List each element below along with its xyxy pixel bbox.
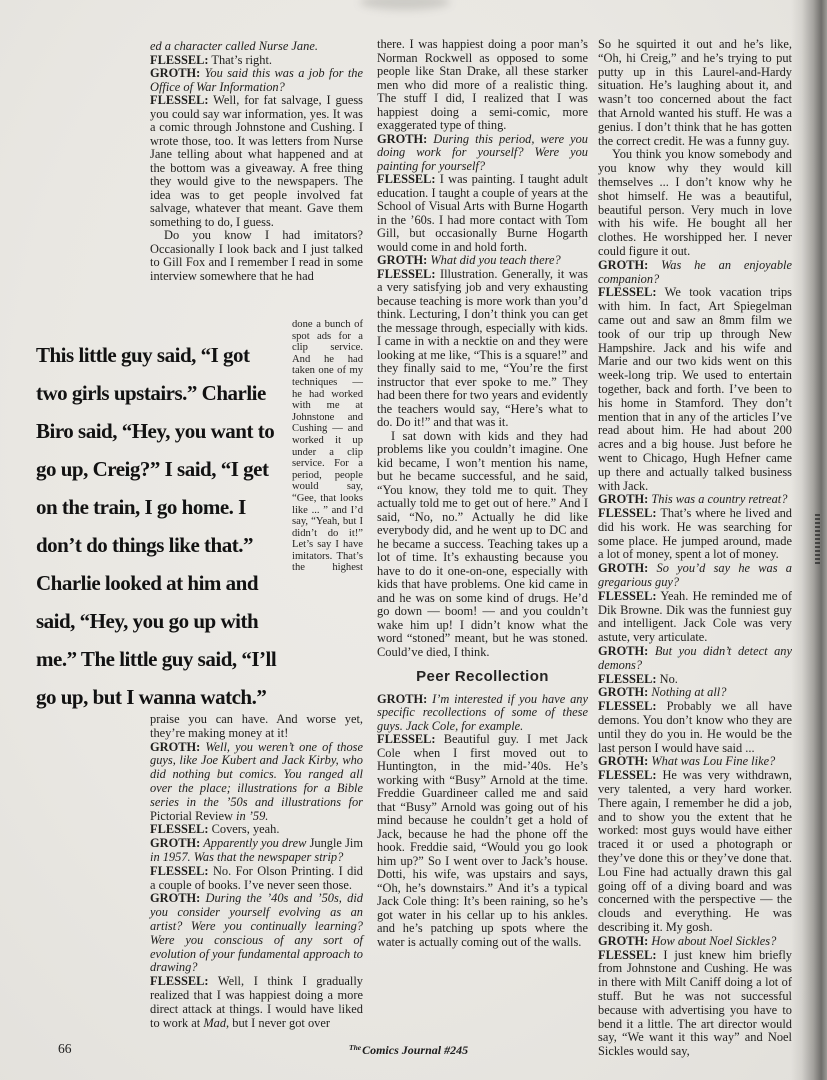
pull-quote-line: on the train, I go home. I [36, 488, 288, 526]
speaker-label: FLESSEL: [598, 948, 657, 962]
paragraph: GROTH: Well, you weren’t one of those gu… [150, 741, 363, 824]
speaker-label: GROTH: [150, 740, 200, 754]
speaker-label: FLESSEL: [598, 506, 657, 520]
speaker-label: GROTH: [598, 258, 648, 272]
text-run: I just knew him briefly from Johnstone a… [598, 948, 792, 1059]
pull-quote-line: go up, Creig?” I said, “I get [36, 450, 288, 488]
page-number: 66 [58, 1041, 72, 1057]
paragraph: FLESSEL: I was painting. I taught adult … [377, 173, 588, 254]
text-run: praise you can have. And worse yet, they… [150, 712, 363, 740]
speaker-label: GROTH: [598, 492, 648, 506]
paragraph: GROTH: I’m interested if you have any sp… [377, 693, 588, 734]
book-page-edge [791, 0, 827, 1080]
paragraph: ed a character called Nurse Jane. [150, 40, 363, 54]
journal-footer: TheComics Journal#245 [349, 1043, 468, 1058]
paragraph: FLESSEL: Covers, yeah. [150, 823, 363, 837]
speaker-label: FLESSEL: [377, 172, 436, 186]
text-run: Mad, [203, 1016, 229, 1030]
paragraph: GROTH: Was he an enjoyable companion? [598, 259, 792, 287]
text-run: This was a country retreat? [648, 492, 787, 506]
text-run: Nothing at all? [648, 685, 726, 699]
paragraph: GROTH: Apparently you drew Jungle Jim in… [150, 837, 363, 865]
speaker-label: FLESSEL: [598, 589, 657, 603]
text-run: No. [657, 672, 678, 686]
speaker-label: FLESSEL: [150, 822, 209, 836]
paragraph: I sat down with kids and they had proble… [377, 430, 588, 660]
column-1-top: ed a character called Nurse Jane.FLESSEL… [150, 40, 363, 283]
text-run: Illustration. Generally, it was a very s… [377, 267, 588, 430]
text-run: I sat down with kids and they had proble… [377, 429, 588, 659]
pull-quote-line: Charlie looked at him and [36, 564, 288, 602]
paragraph: FLESSEL: Well, I think I gradually reali… [150, 975, 363, 1030]
pull-quote-line: two girls upstairs.” Charlie [36, 374, 288, 412]
text-run: Pictorial Review [150, 809, 233, 823]
paragraph: GROTH: What was Lou Fine like? [598, 755, 792, 769]
speaker-label: GROTH: [150, 836, 200, 850]
magazine-page: ed a character called Nurse Jane.FLESSEL… [0, 0, 827, 1080]
paragraph: FLESSEL: Yeah. He reminded me of Dik Bro… [598, 590, 792, 645]
speaker-label: FLESSEL: [377, 267, 436, 281]
paragraph: GROTH: Nothing at all? [598, 686, 792, 700]
column-3: So he squirted it out and he’s like, “Oh… [598, 38, 792, 1059]
speaker-label: GROTH: [377, 692, 427, 706]
speaker-label: GROTH: [150, 891, 200, 905]
paragraph: GROTH: You said this was a job for the O… [150, 67, 363, 94]
text-run: What was Lou Fine like? [648, 754, 775, 768]
paragraph: done a bunch of spot ads for a clip serv… [292, 319, 363, 574]
text-run: How about Noel Sickles? [648, 934, 776, 948]
paragraph: GROTH: During the ’40s and ’50s, did you… [150, 892, 363, 975]
paragraph: there. I was happiest doing a poor man’s… [377, 38, 588, 133]
text-run: Beautiful guy. I met Jack Cole when I fi… [377, 732, 588, 949]
paragraph: GROTH: What did you teach there? [377, 254, 588, 268]
pull-quote: This little guy said, “I gottwo girls up… [36, 336, 288, 716]
speaker-label: FLESSEL: [377, 732, 436, 746]
column-1-bottom: praise you can have. And worse yet, they… [150, 713, 363, 1030]
pull-quote-line: go up, but I wanna watch.” [36, 678, 288, 716]
text-run: Apparently you drew [200, 836, 309, 850]
pull-quote-line: This little guy said, “I got [36, 336, 288, 374]
speaker-label: FLESSEL: [598, 699, 657, 713]
paragraph: You think you know somebody and you know… [598, 148, 792, 258]
text-run: We took vacation trips with him. In fact… [598, 285, 792, 492]
paragraph: FLESSEL: We took vacation trips with him… [598, 286, 792, 493]
speaker-label: FLESSEL: [598, 768, 657, 782]
paragraph: So he squirted it out and he’s like, “Oh… [598, 38, 792, 148]
speaker-label: FLESSEL: [598, 672, 657, 686]
text-run: Well, for fat salvage, I guess you could… [150, 93, 363, 229]
journal-prefix: The [349, 1043, 361, 1052]
speaker-label: GROTH: [598, 754, 648, 768]
speaker-label: FLESSEL: [150, 93, 209, 107]
column-1-wrapped-text: done a bunch of spot ads for a clip serv… [292, 319, 363, 574]
paragraph: GROTH: This was a country retreat? [598, 493, 792, 507]
speaker-label: GROTH: [598, 561, 648, 575]
paragraph: FLESSEL: That’s right. [150, 54, 363, 68]
paragraph: FLESSEL: Probably we all have demons. Yo… [598, 700, 792, 755]
journal-title: Comics Journal [362, 1043, 441, 1057]
paragraph: GROTH: But you didn’t detect any demons? [598, 645, 792, 673]
pull-quote-line: me.” The little guy said, “I’ll [36, 640, 288, 678]
section-heading: Peer Recollection [377, 670, 588, 684]
column-2: there. I was happiest doing a poor man’s… [377, 38, 588, 949]
text-run: You think you know somebody and you know… [598, 147, 792, 258]
pull-quote-line: said, “Hey, you go up with [36, 602, 288, 640]
pull-quote-line: don’t do things like that.” [36, 526, 288, 564]
paragraph: FLESSEL: No. [598, 673, 792, 687]
speaker-label: FLESSEL: [150, 864, 209, 878]
text-run: Covers, yeah. [209, 822, 280, 836]
text-run: in ’59. [233, 809, 268, 823]
text-run: Peer Recollection [416, 668, 549, 685]
text-run: but I never got over [229, 1016, 330, 1030]
speaker-label: GROTH: [598, 934, 648, 948]
speaker-label: GROTH: [377, 253, 427, 267]
paragraph: FLESSEL: Well, for fat salvage, I guess … [150, 94, 363, 229]
journal-issue: #245 [444, 1043, 468, 1057]
speaker-label: FLESSEL: [598, 285, 657, 299]
paragraph: FLESSEL: That’s where he lived and did h… [598, 507, 792, 562]
text-run: there. I was happiest doing a poor man’s… [377, 37, 588, 132]
paragraph: FLESSEL: He was very withdrawn, very tal… [598, 769, 792, 935]
speaker-label: GROTH: [598, 644, 648, 658]
scan-smudge [360, 0, 450, 10]
text-run: done a bunch of spot ads for a clip serv… [292, 319, 363, 573]
text-run: in 1957. Was that the newspaper strip? [150, 850, 343, 864]
speaker-label: FLESSEL: [150, 53, 209, 67]
text-run: He was very withdrawn, very talented, a … [598, 768, 792, 934]
paragraph: GROTH: During this period, were you doin… [377, 133, 588, 174]
text-run: Jungle Jim [310, 836, 363, 850]
speaker-label: GROTH: [377, 132, 427, 146]
paragraph: GROTH: So you’d say he was a gregarious … [598, 562, 792, 590]
text-run: That’s right. [209, 53, 272, 67]
paragraph: GROTH: How about Noel Sickles? [598, 935, 792, 949]
text-run: ed a character called Nurse Jane. [150, 39, 318, 53]
paragraph: FLESSEL: No. For Olson Printing. I did a… [150, 865, 363, 893]
text-run: What did you teach there? [427, 253, 560, 267]
text-run: Do you know I had imitators? Occasionall… [150, 228, 363, 283]
paragraph: FLESSEL: Beautiful guy. I met Jack Cole … [377, 733, 588, 949]
paragraph: FLESSEL: Illustration. Generally, it was… [377, 268, 588, 430]
speaker-label: GROTH: [598, 685, 648, 699]
page-edge-marking [815, 514, 820, 564]
paragraph: FLESSEL: I just knew him briefly from Jo… [598, 949, 792, 1059]
speaker-label: GROTH: [150, 66, 200, 80]
paragraph: praise you can have. And worse yet, they… [150, 713, 363, 741]
paragraph: Do you know I had imitators? Occasionall… [150, 229, 363, 283]
text-run: So he squirted it out and he’s like, “Oh… [598, 37, 792, 148]
speaker-label: FLESSEL: [150, 974, 209, 988]
pull-quote-line: Biro said, “Hey, you want to [36, 412, 288, 450]
